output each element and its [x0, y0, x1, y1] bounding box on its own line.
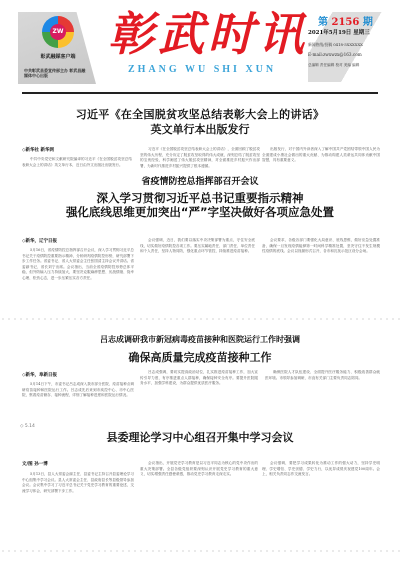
hotline: 新闻热线/投稿 0418-5XXXXXX [308, 42, 363, 48]
newspaper-title: 彰武时讯 [108, 8, 308, 60]
publisher-note: 中共彰武县委宣传部主办 彰武县融媒体中心出版 [24, 68, 86, 78]
article3-col1: 5月14日下午，市委书记吕志成深入我市部分医院、疫苗接种点调研疫苗接种和医院运行… [22, 382, 134, 420]
article3-col3-text: 确保医院人才队伍建设、全面提升医疗服务能力、积极改善群众就医环境。市领导参加调研… [265, 370, 380, 381]
article4-col3-text: 会议强调，要把学习成果转化为推动工作的强大动力，坚持学史明理、学史增信、学史崇德… [262, 461, 380, 478]
article2-col1-text: 5月16日，省疫情防控总指挥部召开会议，深入学习贯彻习近平总书记关于疫情防控重要… [22, 248, 134, 282]
article2-col2: 会议强调，近日，我们要以落实中央决策部署为重点，守住安全底线，切实做好疫情防控各… [140, 238, 255, 312]
article1-col2-text: 习近平《在全国脱贫攻坚总结表彰大会上的讲话》，全面回顾了脱贫攻坚的伟大历程，充分… [140, 147, 260, 169]
article2-byline: ◇新华，辽宁日报 [22, 238, 57, 244]
article2-col3: 会议要求，各级各部门要强化大局意识、底线思维，做好应急处置准备，确保一旦发现疫情… [262, 238, 380, 288]
article4-byline: 文/图 孙一博 [22, 461, 48, 467]
article3-title: 确保高质量完成疫苗接种工作 [0, 349, 400, 365]
issue-number: 第 2156 期 [318, 13, 373, 28]
section-divider [0, 316, 400, 322]
article1-byline: ◇新华社 新华网 [22, 147, 54, 153]
article1-title-line2: 英文单行本出版发行 [0, 121, 400, 137]
article1-col3: 出版发行，对于国内外读者深入了解中国共产党团结带领中国人民为全面建成小康社会做出… [262, 147, 380, 175]
article3-byline: ◇新华，阜新日报 [22, 372, 57, 378]
article4-title: 县委理论学习中心组召开集中学习会议 [0, 429, 400, 445]
email: E-mail:zwxwzx@163.com [308, 52, 362, 57]
article2-col1: 5月16日，省疫情防控总指挥部召开会议，深入学习贯彻习近平总书记关于疫情防控重要… [22, 248, 134, 316]
article2-col2-text: 会议强调，近日，我们要以落实中央决策部署为重点，守住安全底线，切实做好疫情防控各… [140, 238, 255, 255]
article2-kicker: 省疫情防控总指挥部召开会议 [0, 174, 400, 187]
issue-date: 2021年5月19日 星期三 [308, 28, 370, 36]
article3-col2: 吕志成强调，要切实提高政治站位，扎实推进疫苗接种工作，加大宣传引导力度，有序推进… [140, 370, 258, 420]
article2-title-line2: 强化底线思维更加突出“严”字坚决做好各项应急处置 [0, 204, 400, 220]
article4-col3: 会议强调，要把学习成果转化为推动工作的强大动力，坚持学史明理、学史增信、学史崇德… [262, 461, 380, 525]
article1-col2: 习近平《在全国脱贫攻坚总结表彰大会上的讲话》，全面回顾了脱贫攻坚的伟大历程，充分… [140, 147, 260, 175]
issue-suffix: 期 [363, 17, 373, 28]
newspaper-title-pinyin: ZHANG WU SHI XUN [128, 64, 276, 75]
article4-col1-text: 5月13日，县人大常委会副主任、县委书记主持召开县委理论学习中心组集中学习会议。… [22, 472, 134, 494]
article2-col3-text: 会议要求，各级各部门要强化大局意识、底线思维，做好应急处置准备，确保一旦发现疫情… [262, 238, 380, 255]
masthead: ZW 彰武融媒客户端 中共彰武县委宣传部主办 彰武县融媒体中心出版 彰武时讯 Z… [0, 0, 400, 92]
article4-col2-text: 会议指出，开展党史学习教育是以习近平同志为核心的党中央作出的重大决策部署。全县各… [140, 461, 258, 478]
issue-prefix: 第 [318, 17, 328, 28]
footer-divider [0, 548, 400, 554]
article1-col3-text: 出版发行，对于国内外读者深入了解中国共产党团结带领中国人民为全面建成小康社会做出… [262, 147, 380, 164]
issue-number-value: 2156 [331, 17, 359, 28]
article1-title-line1: 习近平《在全国脱贫攻坚总结表彰大会上的讲话》 [0, 106, 400, 122]
masthead-rule [22, 92, 378, 94]
article3-col3: 确保医院人才队伍建设、全面提升医疗服务能力、积极改善群众就医环境。市领导参加调研… [265, 370, 380, 410]
staff-credits: 总编辑 责任编辑 校对 美编 编辑 [308, 63, 392, 68]
logo-label: 彰武融媒客户端 [28, 53, 88, 60]
article3-kicker: 吕志成调研我市新冠病毒疫苗接种和医院运行工作时强调 [0, 334, 400, 345]
article3-col1-text: 5月14日下午，市委书记吕志成深入我市部分医院、疫苗接种点调研疫苗接种和医院运行… [22, 382, 134, 399]
logo-badge: ZW [50, 24, 66, 40]
article1-col1-text: 中共中央党史和文献研究院编译的习近平《在全国脱贫攻坚总结表彰大会上的讲话》英文单… [22, 157, 132, 168]
article4-col1: 5月13日，县人大常委会副主任、县委书记主持召开县委理论学习中心组集中学习会议。… [22, 472, 134, 550]
article3-col2-text: 吕志成强调，要切实提高政治站位，扎实推进疫苗接种工作，加大宣传引导力度，有序推进… [140, 370, 258, 387]
article4-col2: 会议指出，开展党史学习教育是以习近平同志为核心的党中央作出的重大决策部署。全县各… [140, 461, 258, 549]
